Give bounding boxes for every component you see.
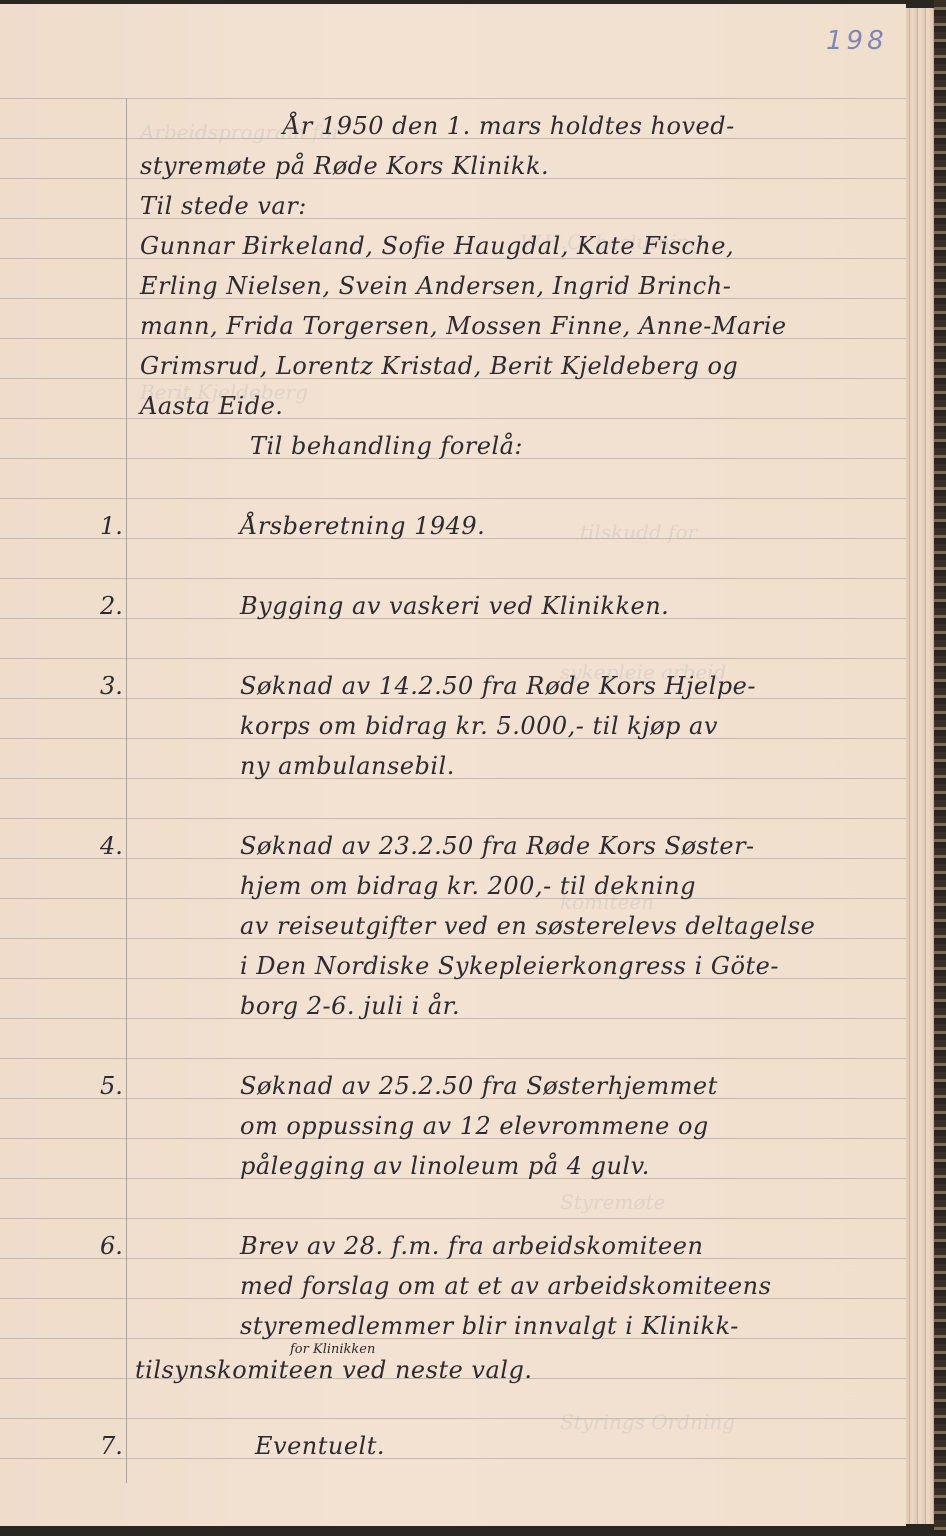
agenda-heading: Til behandling forelå:	[250, 432, 523, 460]
margin-line	[126, 98, 127, 1483]
attendees-line-5: Aasta Eide.	[140, 392, 283, 420]
item-text: borg 2-6. juli i år.	[240, 992, 460, 1020]
item-text: ny ambulansebil.	[240, 752, 455, 780]
item-number: 2.	[100, 592, 123, 620]
item-text: Brev av 28. f.m. fra arbeidskomiteen	[240, 1232, 703, 1260]
attendees-line-1: Gunnar Birkeland, Sofie Haugdal, Kate Fi…	[140, 232, 734, 260]
item-text: om oppussing av 12 elevrommene og	[240, 1112, 709, 1140]
item-text: pålegging av linoleum på 4 gulv.	[240, 1152, 650, 1180]
item-number: 1.	[100, 512, 123, 540]
item-number: 4.	[100, 832, 123, 860]
item-text: Søknad av 25.2.50 fra Søsterhjemmet	[240, 1072, 718, 1100]
header-line-2: styremøte på Røde Kors Klinikk.	[140, 152, 549, 180]
book-binding	[934, 0, 946, 1536]
inserted-correction: for Klinikken	[290, 1342, 375, 1357]
item-text: i Den Nordiske Sykepleierkongress i Göte…	[240, 952, 779, 980]
item-text: Søknad av 23.2.50 fra Røde Kors Søster-	[240, 832, 755, 860]
item-text: Årsberetning 1949.	[240, 512, 485, 540]
item-text: tilsynskomiteen ved neste valg.	[135, 1356, 532, 1384]
item-text: korps om bidrag kr. 5.000,- til kjøp av	[240, 712, 718, 740]
page-number: 198	[826, 26, 888, 56]
page-stack-edges	[906, 8, 934, 1524]
item-number: 7.	[100, 1432, 123, 1460]
item-number: 5.	[100, 1072, 123, 1100]
item-number: 3.	[100, 672, 123, 700]
item-text: hjem om bidrag kr. 200,- til dekning	[240, 872, 696, 900]
item-text: Eventuelt.	[255, 1432, 385, 1460]
header-line-1: År 1950 den 1. mars holdtes hoved-	[283, 112, 735, 140]
item-text: med forslag om at et av arbeidskomiteens	[240, 1272, 771, 1300]
item-text: Bygging av vaskeri ved Klinikken.	[240, 592, 669, 620]
item-number: 6.	[100, 1232, 123, 1260]
item-text: Søknad av 14.2.50 fra Røde Kors Hjelpe-	[240, 672, 756, 700]
attendees-line-4: Grimsrud, Lorentz Kristad, Berit Kjeldeb…	[140, 352, 738, 380]
attendees-line-3: mann, Frida Torgersen, Mossen Finne, Ann…	[140, 312, 787, 340]
item-text: styremedlemmer blir innvalgt i Klinikk-	[240, 1312, 739, 1340]
attendees-line-2: Erling Nielsen, Svein Andersen, Ingrid B…	[140, 272, 731, 300]
header-line-3: Til stede var:	[140, 192, 307, 220]
item-text: av reiseutgifter ved en søsterelevs delt…	[240, 912, 815, 940]
